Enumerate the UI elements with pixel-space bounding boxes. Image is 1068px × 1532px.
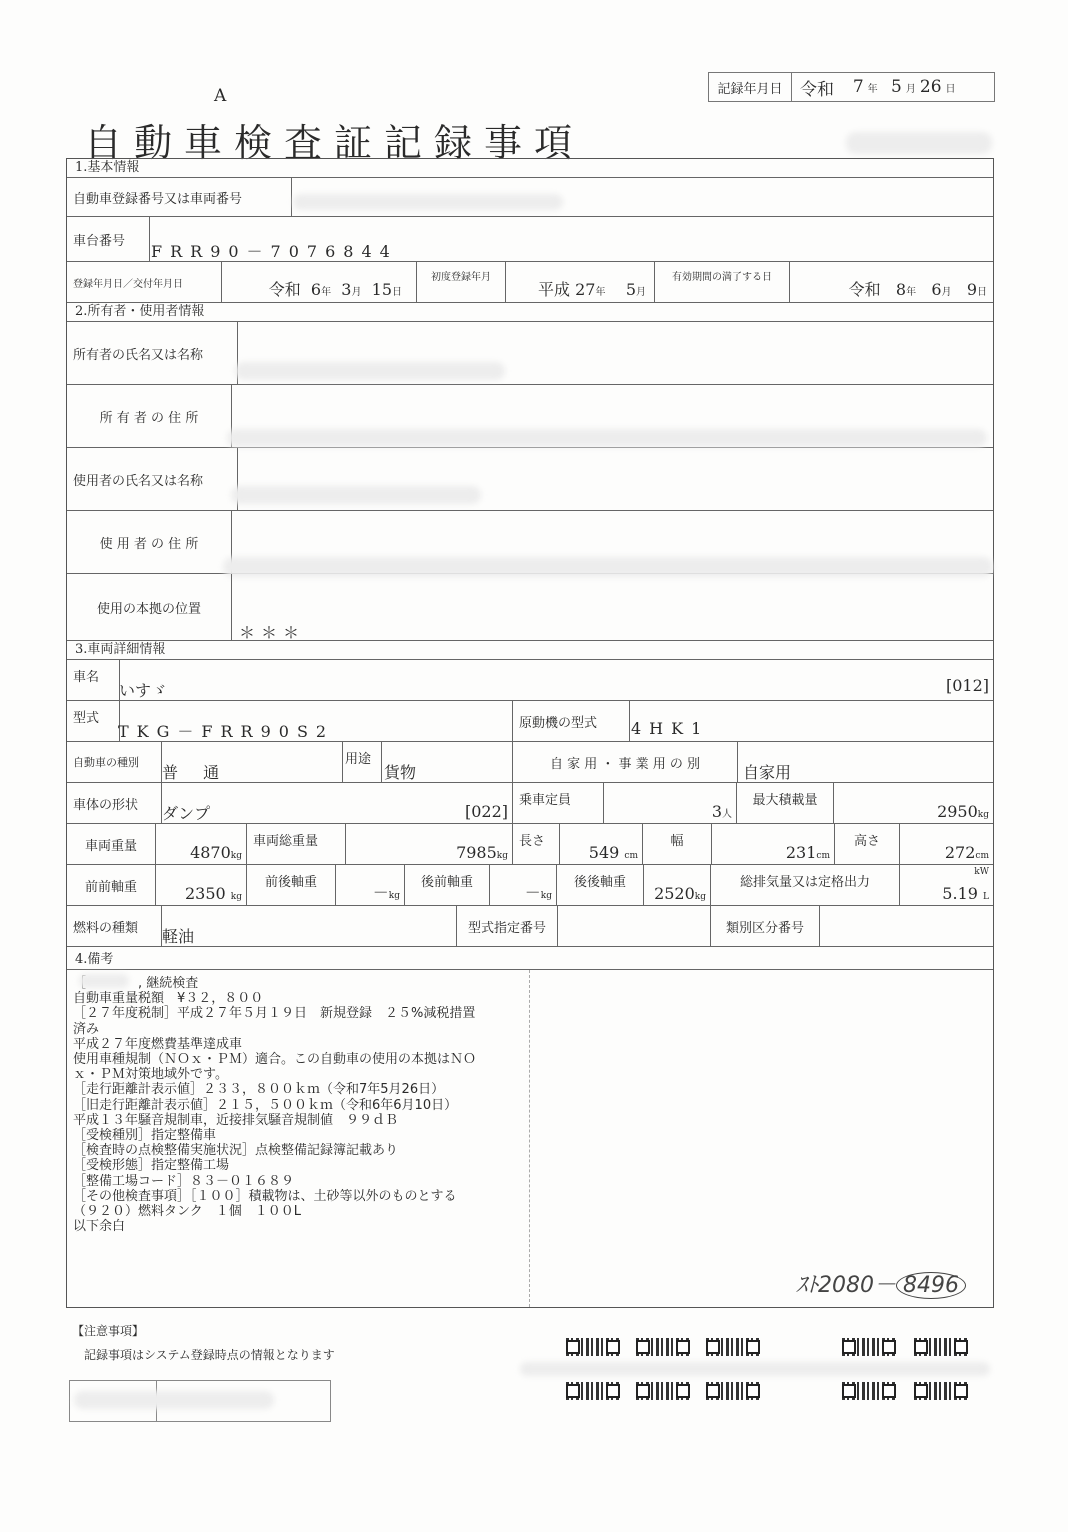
- height-label: 高さ: [835, 824, 900, 864]
- record-date-box: 記録年月日 令和 7年 5月 26日: [708, 72, 995, 102]
- issue-date-label: 登録年月日／交付年月日: [67, 262, 222, 302]
- model-cell: TKG－FRR90S2: [114, 701, 513, 741]
- fuel-cell: 軽油: [156, 906, 457, 946]
- redacted-area: [846, 132, 992, 154]
- notes-heading: 【注意事項】: [72, 1322, 144, 1339]
- car-name-label: 車名: [67, 660, 120, 700]
- section-4-heading-row: 4.備考: [67, 947, 993, 970]
- section-2-heading: 2.所有者・使用者情報: [67, 303, 993, 322]
- base-location-label: 使用の本拠の位置: [67, 574, 232, 640]
- qr-code: [842, 1382, 896, 1400]
- ff-axle-cell: 2350 kg: [156, 865, 247, 905]
- fr-axle-cell: －kg: [336, 865, 405, 905]
- section-1-heading: 1.基本情報: [67, 159, 993, 178]
- fuel-label: 燃料の種類: [67, 906, 162, 946]
- use-label: 用途: [343, 742, 382, 782]
- width-label: 幅: [643, 824, 712, 864]
- user-address-label: 使 用 者 の 住 所: [67, 511, 232, 573]
- chassis-number: FRR90－7076844: [151, 239, 398, 262]
- body-value: ダンプ: [162, 801, 210, 824]
- max-load-label: 最大積載量: [737, 783, 834, 823]
- section-3-heading: 3.車両詳細情報: [67, 641, 993, 660]
- displacement-cell: kW 5.19 L: [900, 865, 993, 905]
- displacement-value: 5.19 L: [942, 884, 989, 903]
- rf-axle-value: －kg: [525, 880, 552, 903]
- qr-code: [636, 1382, 690, 1400]
- body-label: 車体の形状: [67, 783, 162, 823]
- chassis-row: 車台番号 FRR90－7076844: [67, 217, 993, 262]
- gross-value: 7985kg: [456, 843, 508, 862]
- ff-axle-label: 前前軸重: [67, 865, 156, 905]
- expiry-value: 令和 8年 6月 9日: [790, 262, 993, 302]
- section-4-heading: 4.備考: [67, 947, 993, 969]
- qr-code: [706, 1338, 760, 1356]
- notes-text: 記録事項はシステム登録時点の情報となります: [84, 1346, 335, 1363]
- width-cell: 231cm: [712, 824, 835, 864]
- width-value: 231cm: [786, 843, 830, 862]
- engine-label: 原動機の型式: [513, 701, 630, 741]
- inspection-record-form: 1.基本情報 自動車登録番号又は車両番号 車台番号 FRR90－7076844 …: [66, 158, 994, 1308]
- owner-name-row: 所有者の氏名又は名称: [67, 322, 993, 385]
- redacted-stamp: [74, 1391, 274, 1409]
- engine-value: 4HK1: [631, 719, 709, 738]
- user-address-row: 使 用 者 の 住 所: [67, 511, 993, 574]
- fr-axle-value: －kg: [373, 880, 400, 903]
- car-name-row: 車名 いすゞ [012]: [67, 660, 993, 701]
- category-row: 自動車の種別 普 通 用途 貨物 自 家 用 ・ 事 業 用 の 別 自家用: [67, 742, 993, 783]
- private-label: 自 家 用 ・ 事 業 用 の 別: [513, 742, 738, 782]
- category-number-label: 類別区分番号: [711, 906, 820, 946]
- body-cell: ダンプ [022]: [156, 783, 513, 823]
- record-date-value: 令和 7年 5月 26日: [792, 73, 994, 101]
- model-row: 型式 TKG－FRR90S2 原動機の型式 4HK1: [67, 701, 993, 742]
- capacity-label: 乗車定員: [513, 783, 604, 823]
- weight-cell: 4870kg: [156, 824, 247, 864]
- qr-code: [636, 1338, 690, 1356]
- car-name-code: [012]: [946, 676, 989, 695]
- type-designation-label: 型式指定番号: [457, 906, 558, 946]
- owner-name-label: 所有者の氏名又は名称: [67, 322, 238, 384]
- owner-address-row: 所 有 者 の 住 所: [67, 385, 993, 448]
- fr-axle-label: 前後軸重: [247, 865, 336, 905]
- remarks-divider: [529, 970, 530, 1307]
- first-reg-value: 平成 27年 5月: [506, 262, 655, 302]
- base-location-value: ＊＊＊: [239, 620, 305, 643]
- base-location-row: 使用の本拠の位置 ＊＊＊: [67, 574, 993, 641]
- rr-axle-cell: 2520kg: [644, 865, 711, 905]
- use-cell: 貨物: [380, 742, 513, 782]
- length-label: 長さ: [513, 824, 560, 864]
- qr-code: [566, 1338, 620, 1356]
- issue-date-value: 令和 6年 3月 15日: [216, 262, 417, 302]
- redacted-owner-address: [227, 429, 987, 447]
- body-code: [022]: [465, 802, 508, 821]
- gross-label: 車両総重量: [247, 824, 346, 864]
- reg-number-row: 自動車登録番号又は車両番号: [67, 178, 993, 217]
- height-value: 272cm: [945, 843, 989, 862]
- remarks-text: ［ , 継続検査 自動車重量税額 ¥３２，８００ ［２７年度税制］平成２７年５月…: [73, 976, 476, 1234]
- qr-code: [842, 1338, 896, 1356]
- remarks-area: ［ , 継続検査 自動車重量税額 ¥３２，８００ ［２７年度税制］平成２７年５月…: [67, 970, 993, 1307]
- stamp-box: [69, 1380, 331, 1422]
- use-value: 貨物: [384, 760, 416, 783]
- max-load-cell: 2950kg: [834, 783, 993, 823]
- handwritten-circled-number: 8496: [896, 1272, 966, 1299]
- redacted-user-name: [231, 486, 481, 504]
- rf-axle-cell: －kg: [490, 865, 557, 905]
- axle-row: 前前軸重 2350 kg 前後軸重 －kg 後前軸重 －kg 後後軸重 2520…: [67, 865, 993, 906]
- owner-address-label: 所 有 者 の 住 所: [67, 385, 232, 447]
- model-value: TKG－FRR90S2: [118, 719, 334, 742]
- weight-value: 4870kg: [190, 843, 242, 862]
- qr-code: [914, 1338, 968, 1356]
- weight-label: 車両重量: [67, 824, 156, 864]
- type-designation-value: [558, 906, 711, 946]
- qr-code: [566, 1382, 620, 1400]
- user-name-row: 使用者の氏名又は名称: [67, 448, 993, 511]
- reg-number-label: 自動車登録番号又は車両番号: [67, 178, 292, 216]
- capacity-value: 3人: [712, 802, 732, 821]
- user-name-label: 使用者の氏名又は名称: [67, 448, 238, 510]
- gross-cell: 7985kg: [340, 824, 513, 864]
- record-date-label: 記録年月日: [709, 73, 792, 101]
- fuel-value: 軽油: [162, 924, 194, 947]
- rr-axle-value: 2520kg: [654, 884, 706, 903]
- redacted-remark: [79, 974, 129, 988]
- ff-axle-value: 2350 kg: [185, 884, 242, 903]
- displacement-label: 総排気量又は定格出力: [711, 865, 900, 905]
- height-cell: 272cm: [900, 824, 993, 864]
- dimensions-row: 車両重量 4870kg 車両総重量 7985kg 長さ 549 cm 幅 231…: [67, 824, 993, 865]
- category-label: 自動車の種別: [67, 742, 162, 782]
- rr-axle-label: 後後軸重: [557, 865, 644, 905]
- model-label: 型式: [67, 701, 120, 741]
- expiry-label: 有効期間の満了する日: [655, 262, 790, 302]
- handwritten-note: ｽﾄ2080－8496: [796, 1268, 966, 1299]
- redacted-qr-band: [520, 1362, 990, 1376]
- capacity-cell: 3人: [598, 783, 737, 823]
- qr-code: [914, 1382, 968, 1400]
- private-value: 自家用: [743, 760, 791, 783]
- dates-row: 登録年月日／交付年月日 令和 6年 3月 15日 初度登録年月 平成 27年 5…: [67, 262, 993, 303]
- car-name-value: いすゞ: [119, 678, 167, 701]
- qr-code: [706, 1382, 760, 1400]
- body-row: 車体の形状 ダンプ [022] 乗車定員 3人 最大積載量 2950kg: [67, 783, 993, 824]
- chassis-label: 車台番号: [67, 217, 150, 261]
- category-value: 普 通: [162, 760, 229, 783]
- length-cell: 549 cm: [554, 824, 643, 864]
- rf-axle-label: 後前軸重: [405, 865, 490, 905]
- redacted-owner-name: [235, 362, 505, 380]
- form-mark: A: [214, 86, 226, 106]
- fuel-row: 燃料の種類 軽油 型式指定番号 類別区分番号: [67, 906, 993, 947]
- first-reg-label: 初度登録年月: [417, 262, 506, 302]
- max-load-value: 2950kg: [937, 802, 989, 821]
- length-value: 549 cm: [589, 843, 638, 862]
- category-cell: 普 通: [156, 742, 343, 782]
- redacted-reg-number: [293, 194, 563, 210]
- category-number-value: [820, 906, 993, 946]
